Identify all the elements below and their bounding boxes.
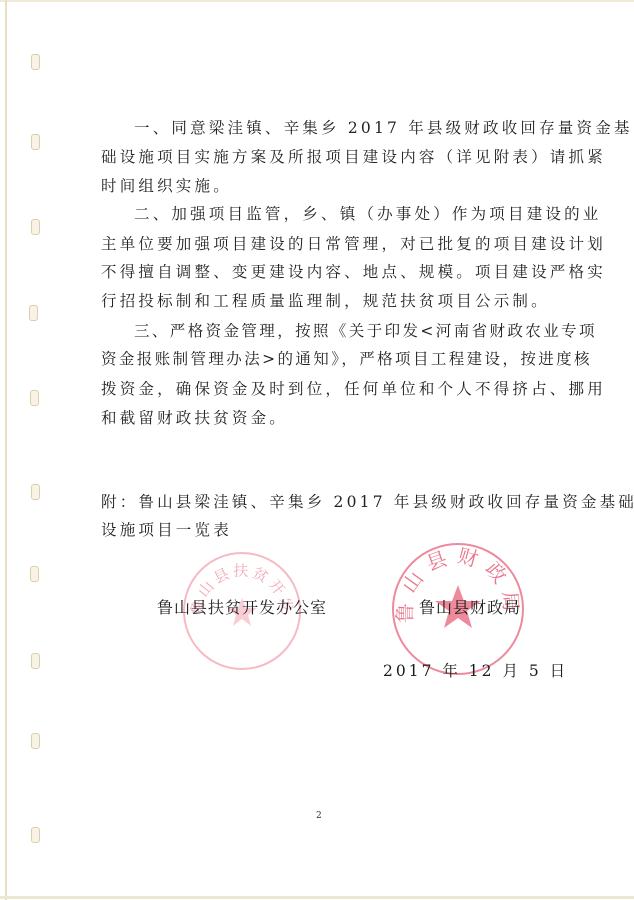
signature-poverty-alleviation-office: 鲁山县扶贫开发办公室 <box>157 595 327 618</box>
binding-hole-mark <box>31 733 40 749</box>
paragraph-1-line-3: 时间组织实施。 <box>101 176 571 196</box>
paragraph-2-line-2: 主单位要加强项目建设的日常管理，对已批复的项目建设计划 <box>101 234 571 254</box>
binding-hole-mark <box>30 566 39 582</box>
binding-hole-mark <box>29 305 38 321</box>
binding-hole-mark <box>31 484 40 500</box>
binding-hole-mark <box>31 219 40 235</box>
paragraph-1-line-2: 础设施项目实施方案及所报项目建设内容（详见附表）请抓紧 <box>101 147 571 167</box>
paragraph-3-line-1: 三、严格资金管理，按照《关于印发<河南省财政农业专项 <box>134 321 604 341</box>
paragraph-2-line-1: 二、加强项目监管，乡、镇（办事处）作为项目建设的业 <box>134 204 604 224</box>
page-number: 2 <box>316 811 322 821</box>
document-date: 2017 年 12 月 5 日 <box>383 659 568 681</box>
attachment-line-2: 设施项目一览表 <box>101 520 571 540</box>
page-edge-bottom <box>0 896 634 899</box>
binding-hole-mark <box>31 827 40 843</box>
page-edge-left <box>5 0 7 900</box>
paragraph-3-line-2: 资金报账制管理办法>的通知》，严格项目工程建设，按进度核 <box>101 349 571 369</box>
page-edge-top <box>0 0 634 2</box>
paragraph-2-line-3: 不得擅自调整、变更建设内容、地点、规模。项目建设严格实 <box>101 262 571 282</box>
binding-hole-mark <box>31 134 40 150</box>
attachment-line-1: 附：鲁山县梁洼镇、辛集乡 2017 年县级财政收回存量资金基础 <box>101 492 571 512</box>
paragraph-3-line-3: 拨资金，确保资金及时到位，任何单位和个人不得挤占、挪用 <box>101 379 571 399</box>
binding-hole-mark <box>31 54 40 70</box>
paragraph-3-line-4: 和截留财政扶贫资金。 <box>101 408 571 428</box>
signature-finance-bureau: 鲁山县财政局 <box>419 595 521 618</box>
binding-hole-mark <box>31 653 40 669</box>
binding-hole-mark <box>30 390 39 406</box>
paragraph-1-line-1: 一、同意梁洼镇、辛集乡 2017 年县级财政收回存量资金基 <box>134 118 604 138</box>
paragraph-2-line-4: 行招投标制和工程质量监理制，规范扶贫项目公示制。 <box>101 291 571 311</box>
